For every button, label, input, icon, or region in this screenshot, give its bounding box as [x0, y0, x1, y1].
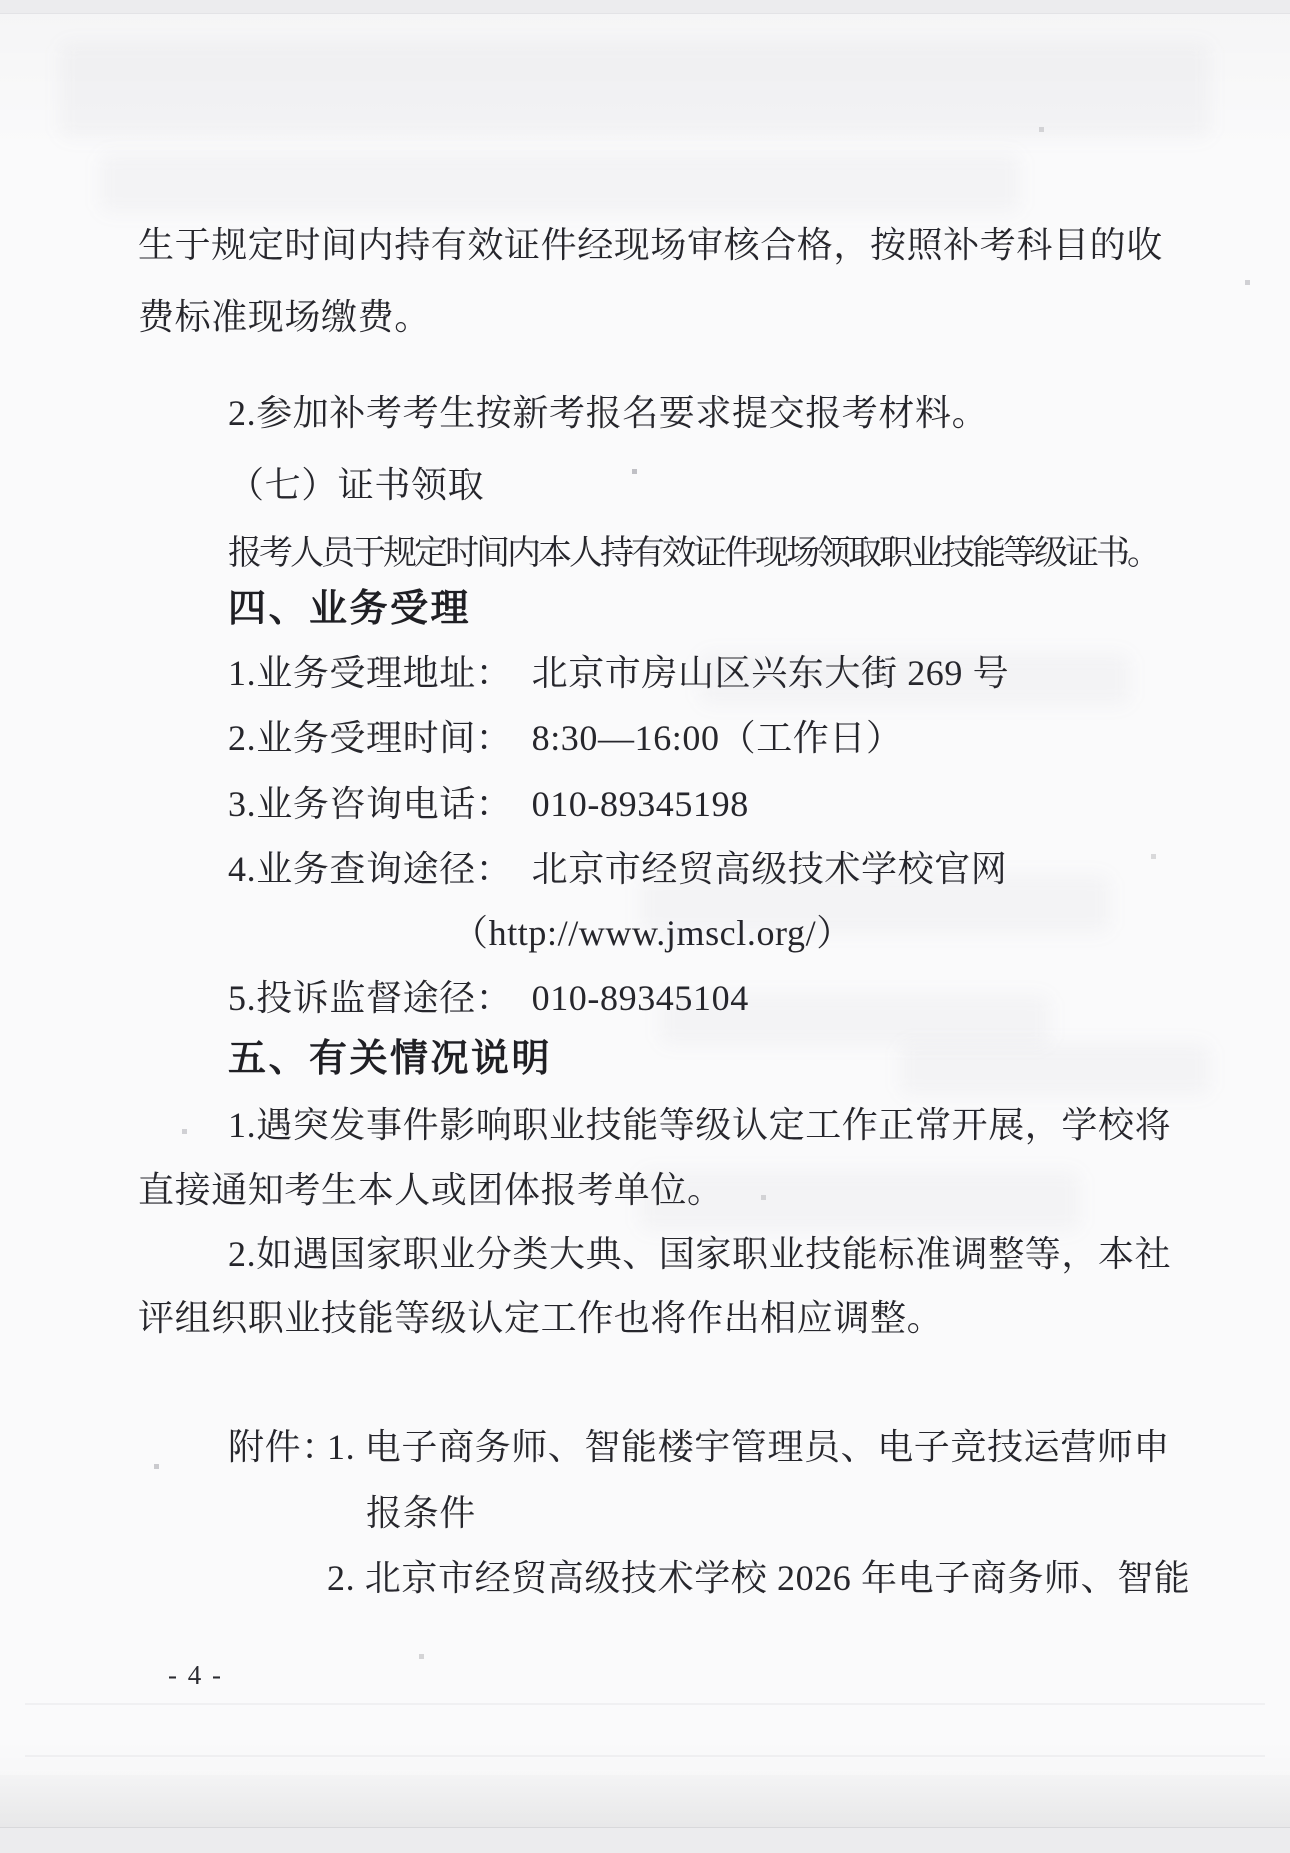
- service-item-address: 1.业务受理地址： 北京市房山区兴东大街 269 号: [228, 650, 1009, 696]
- service-item-hours: 2.业务受理时间： 8:30—16:00（工作日）: [228, 715, 903, 761]
- attachment-1-line-2: 报条件: [366, 1490, 476, 1536]
- attachment-2-line-1: 2. 北京市经贸高级技术学校 2026 年电子商务师、智能: [327, 1555, 1190, 1601]
- scan-ghost: [60, 43, 1210, 138]
- scan-ghost: [100, 153, 1020, 213]
- scan-line: [25, 1703, 1265, 1705]
- note-1-line-2: 直接通知考生本人或团体报考单位。: [138, 1167, 724, 1213]
- note-2-line-1: 2.如遇国家职业分类大典、国家职业技能标准调整等，本社: [228, 1231, 1171, 1277]
- service-item-query-channel: 4.业务查询途径： 北京市经贸高级技术学校官网: [228, 846, 1007, 892]
- continued-paragraph-line-2: 费标准现场缴费。: [138, 294, 431, 340]
- service-item-query-url: （http://www.jmscl.org/）: [452, 910, 853, 956]
- page-number: - 4 -: [168, 1652, 223, 1698]
- scan-ghost: [900, 1043, 1210, 1095]
- viewer-top-band: [0, 0, 1290, 13]
- scan-line: [25, 1755, 1265, 1757]
- continued-paragraph-line-1: 生于规定时间内持有效证件经现场审核合格，按照补考科目的收: [138, 222, 1163, 268]
- note-1-line-1: 1.遇突发事件影响职业技能等级认定工作正常开展，学校将: [228, 1102, 1171, 1148]
- section-4-heading: 四、业务受理: [228, 586, 471, 632]
- scanned-document-viewport: 生于规定时间内持有效证件经现场审核合格，按照补考科目的收 费标准现场缴费。 2.…: [0, 0, 1290, 1853]
- attachment-1-line-1: 1. 电子商务师、智能楼宇管理员、电子竞技运营师申: [327, 1424, 1170, 1470]
- cert-subsection-heading: （七）证书领取: [228, 462, 484, 508]
- section-5-heading: 五、有关情况说明: [228, 1036, 552, 1082]
- service-item-complaint: 5.投诉监督途径： 010-89345104: [228, 975, 749, 1021]
- cert-subsection-body: 报考人员于规定时间内本人持有效证件现场领取职业技能等级证书。: [228, 531, 1158, 577]
- note-2-line-2: 评组织职业技能等级认定工作也将作出相应调整。: [138, 1295, 943, 1341]
- retake-item-line: 2.参加补考考生按新考报名要求提交报考材料。: [228, 390, 988, 436]
- attachments-label: 附件：: [228, 1424, 338, 1470]
- service-item-phone: 3.业务咨询电话： 010-89345198: [228, 781, 749, 827]
- scan-specks: [0, 13, 3, 16]
- viewer-bottom-band: [0, 1828, 1290, 1853]
